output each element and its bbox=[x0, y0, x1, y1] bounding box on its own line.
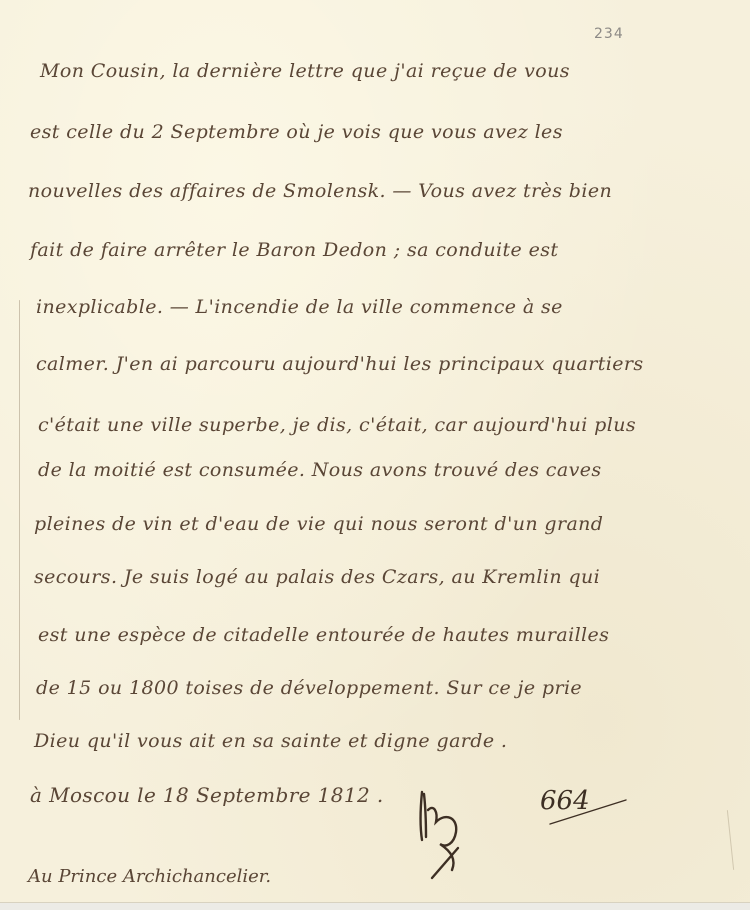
body-line: pleines de vin et d'eau de vie qui nous … bbox=[34, 513, 603, 535]
paper-crease-mark bbox=[727, 810, 734, 870]
body-line: est une espèce de citadelle entourée de … bbox=[38, 624, 609, 646]
letter-page: 234 Mon Cousin, la dernière lettre que j… bbox=[0, 0, 750, 902]
signature-mark bbox=[412, 782, 502, 882]
body-line: nouvelles des affaires de Smolensk. — Vo… bbox=[28, 180, 612, 202]
body-line: de 15 ou 1800 toises de développement. S… bbox=[36, 677, 582, 699]
body-line: fait de faire arrêter le Baron Dedon ; s… bbox=[30, 239, 558, 261]
margin-fold-line bbox=[19, 300, 20, 720]
body-line: inexplicable. — L'incendie de la ville c… bbox=[36, 296, 563, 318]
folio-number: 234 bbox=[594, 26, 624, 42]
body-line: Mon Cousin, la dernière lettre que j'ai … bbox=[40, 60, 570, 82]
body-line: secours. Je suis logé au palais des Czar… bbox=[34, 566, 600, 588]
addressee: Au Prince Archichancelier. bbox=[28, 866, 271, 887]
body-line: est celle du 2 Septembre où je vois que … bbox=[30, 121, 563, 143]
body-line: calmer. J'en ai parcouru aujourd'hui les… bbox=[36, 353, 644, 375]
page-bottom-edge bbox=[0, 902, 750, 910]
body-line: de la moitié est consumée. Nous avons tr… bbox=[38, 459, 602, 481]
body-line: Dieu qu'il vous ait en sa sainte et dign… bbox=[34, 730, 507, 752]
body-line: c'était une ville superbe, je dis, c'éta… bbox=[38, 414, 636, 436]
registry-underline bbox=[548, 798, 628, 828]
dateline: à Moscou le 18 Septembre 1812 . bbox=[30, 783, 384, 807]
